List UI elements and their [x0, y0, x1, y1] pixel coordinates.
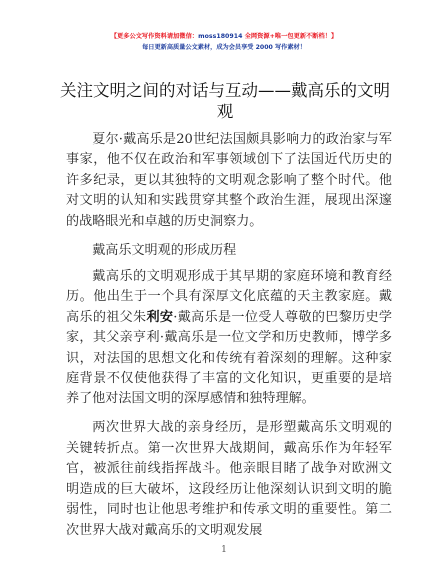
paragraph-intro: 夏尔·戴高乐是20世纪法国颇具影响力的政治家与军事家，他不仅在政治和军事领域创下…: [66, 130, 392, 232]
promo-banner-line1: 【更多公文写作资料请加微信：moss180914 全网资源+唯一包更新不断档！】: [0, 31, 448, 40]
document-page: 【更多公文写作资料请加微信：moss180914 全网资源+唯一包更新不断档！】…: [0, 0, 448, 580]
document-body: 夏尔·戴高乐是20世纪法国颇具影响力的政治家与军事家，他不仅在政治和军事领域创下…: [66, 130, 392, 550]
paragraph-family-background: 戴高乐的文明观形成于其早期的家庭环境和教育经历。他出生于一个具有深厚文化底蕴的天…: [66, 267, 392, 410]
promo-wechat-id: moss180914: [198, 33, 242, 40]
promo-banner-line2: 每日更新高质量公文素材，成为会员享受 2000 写作素材！: [0, 42, 448, 51]
bold-name-run: 利安: [146, 310, 173, 325]
page-number: 1: [0, 545, 448, 555]
paragraph-world-wars: 两次世界大战的亲身经历，是形塑戴高乐文明观的关键转折点。第一次世界大战期间，戴高…: [66, 418, 392, 540]
promo-suffix: 全网资源+唯一包更新不断档！】: [242, 33, 337, 40]
promo-prefix: 【更多公文写作资料请加微信：: [111, 33, 198, 40]
section-heading: 戴高乐文明观的形成历程: [66, 241, 392, 261]
document-title: 关注文明之间的对话与互动——戴高乐的文明观: [55, 80, 395, 122]
